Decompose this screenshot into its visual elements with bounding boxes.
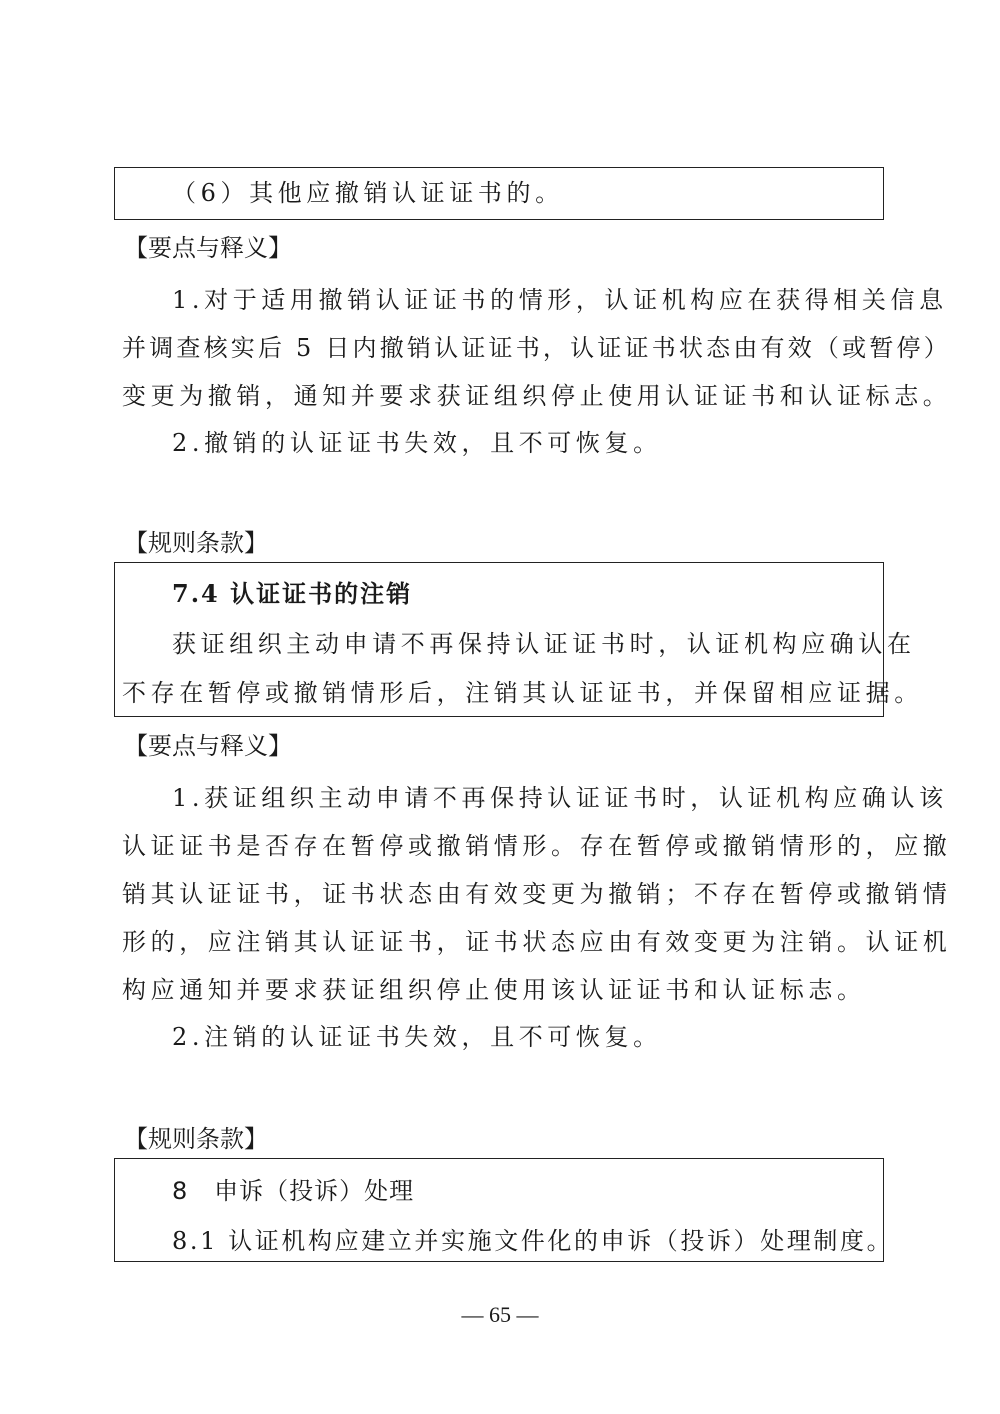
paragraph-3-line-2: 认证证书是否存在暂停或撤销情形。存在暂停或撤销情形的，应撤 [122, 831, 951, 861]
paragraph-3-line-1: 1.获证组织主动申请不再保持认证证书时，认证机构应确认该 [172, 783, 948, 813]
paragraph-3-line-5: 构应通知并要求获证组织停止使用该认证证书和认证标志。 [122, 975, 866, 1005]
paragraph-1-line-2: 并调查核实后 5 日内撤销认证证书，认证证书状态由有效（或暂停） [122, 333, 951, 363]
section-heading-rule-clause-2: 【规则条款】 [124, 1124, 268, 1154]
rule-box-3-line-1: 8.1 认证机构应建立并实施文件化的申诉（投诉）处理制度。 [172, 1226, 893, 1256]
paragraph-4-line-1: 2.注销的认证证书失效，且不可恢复。 [172, 1022, 662, 1052]
paragraph-1-line-3: 变更为撤销，通知并要求获证组织停止使用认证证书和认证标志。 [122, 381, 951, 411]
section-heading-key-points-2: 【要点与释义】 [124, 731, 292, 761]
rule-box-2-line-2: 不存在暂停或撤销情形后，注销其认证证书，并保留相应证据。 [122, 678, 923, 708]
rule-box-2-line-1: 获证组织主动申请不再保持认证证书时，认证机构应确认在 [172, 629, 916, 659]
paragraph-3-line-3: 销其认证证书，证书状态由有效变更为撤销；不存在暂停或撤销情 [122, 879, 951, 909]
page-number: — 65 — [0, 1302, 1000, 1328]
paragraph-2-line-1: 2.撤销的认证证书失效，且不可恢复。 [172, 428, 662, 458]
document-page: （6）其他应撤销认证证书的。 【要点与释义】 1.对于适用撤销认证证书的情形，认… [0, 0, 1000, 1414]
section-heading-key-points-1: 【要点与释义】 [124, 233, 292, 263]
rule-box-1-line-1: （6）其他应撤销认证证书的。 [172, 178, 564, 208]
paragraph-1-line-1: 1.对于适用撤销认证证书的情形，认证机构应在获得相关信息 [172, 285, 948, 315]
paragraph-3-line-4: 形的，应注销其认证证书，证书状态应由有效变更为注销。认证机 [122, 927, 951, 957]
rule-box-3-title: 8 申诉（投诉）处理 [172, 1176, 414, 1206]
rule-box-2-title: 7.4 认证证书的注销 [172, 579, 412, 609]
section-heading-rule-clause-1: 【规则条款】 [124, 528, 268, 558]
